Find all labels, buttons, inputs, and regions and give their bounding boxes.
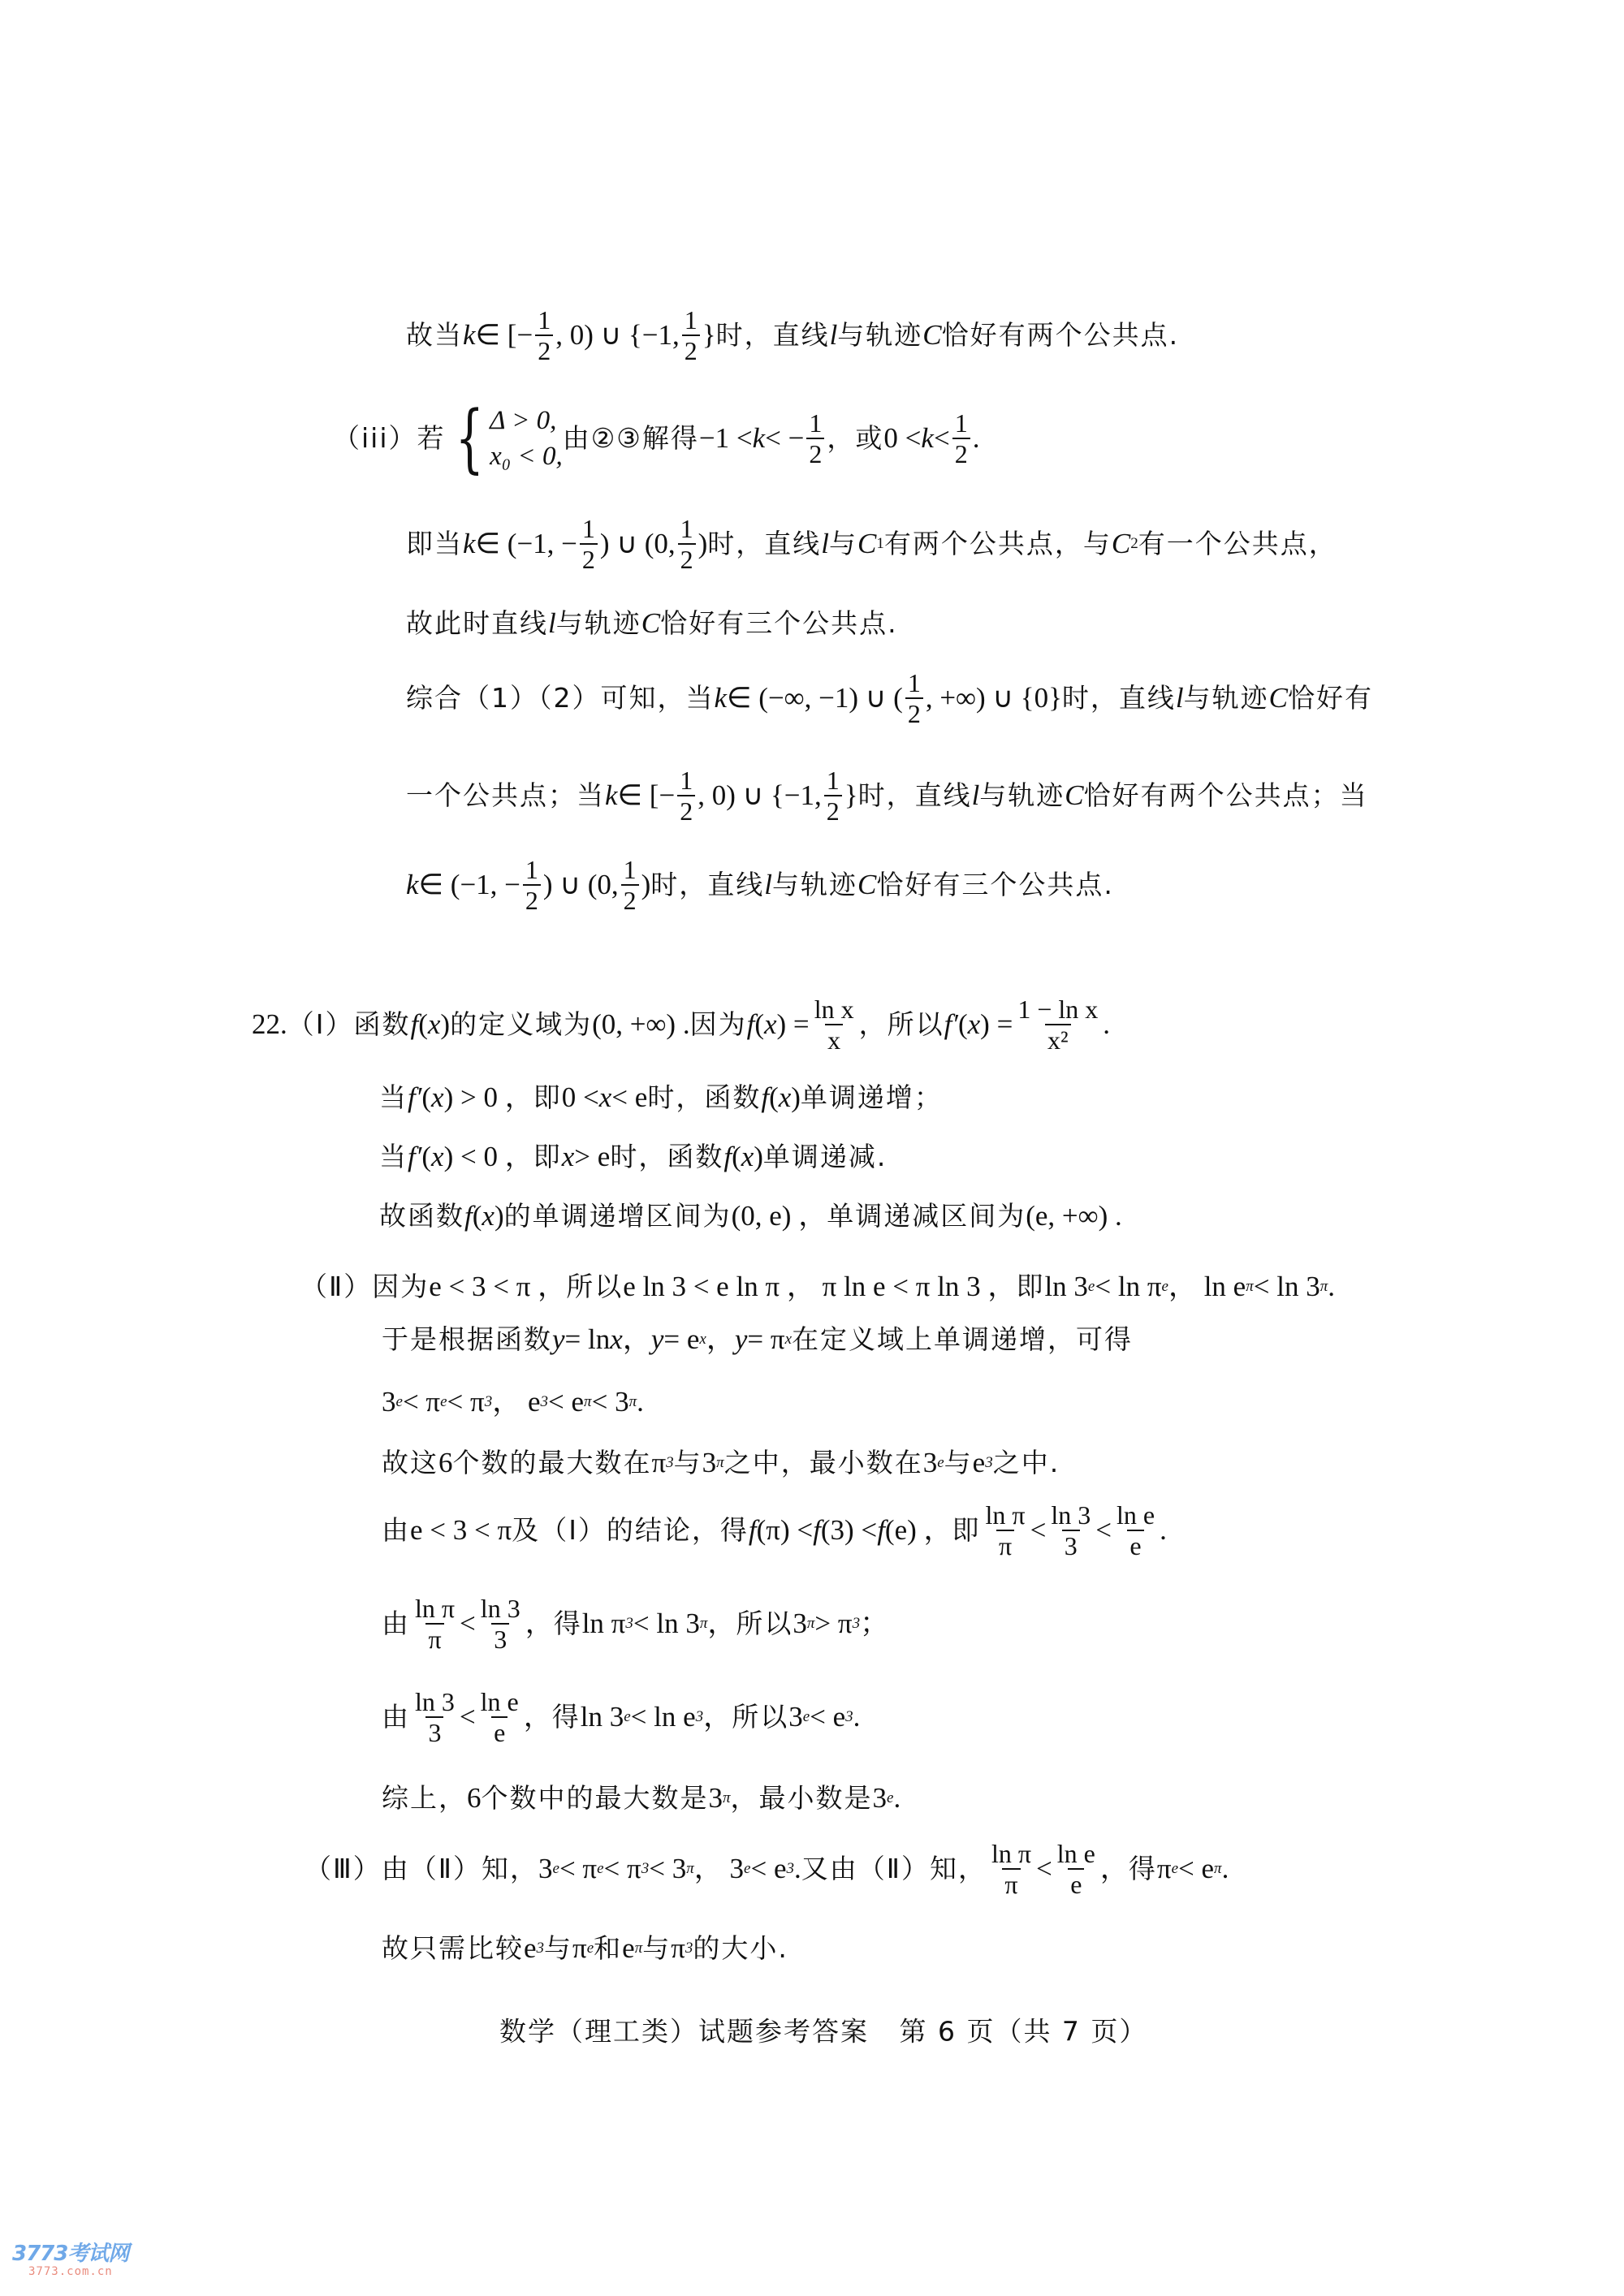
math-run: < ln e <box>631 1701 696 1733</box>
text-run: 故此时直线 <box>406 607 548 640</box>
math-run: e <box>524 1932 537 1965</box>
math-run: , +∞) ∪ {0} <box>926 682 1062 714</box>
math-run: < <box>1036 1853 1052 1885</box>
text-run: 及（Ⅰ）的结论，得 <box>512 1514 749 1547</box>
math-variable: f <box>761 1081 769 1114</box>
math-run: ) ∪ (0, <box>543 869 619 901</box>
fraction: 12 <box>824 766 842 826</box>
fraction-numerator: 1 <box>535 305 553 334</box>
math-variable: k <box>715 682 728 714</box>
fraction-numerator: ln 3 <box>412 1687 457 1716</box>
math-variable: C <box>1112 528 1130 560</box>
fraction-numerator: 1 <box>678 514 696 543</box>
math-variable: C <box>857 528 876 560</box>
fraction: 12 <box>677 766 695 826</box>
fraction: ln ππ <box>989 1839 1034 1899</box>
math-run: . <box>893 1782 901 1815</box>
math-variable: f <box>749 1514 757 1547</box>
math-variable: f′ <box>408 1141 421 1173</box>
fraction-numerator: ln 3 <box>1048 1500 1093 1530</box>
text-run: 即 <box>952 1514 981 1547</box>
math-run: ， <box>707 1608 736 1640</box>
fraction-denominator: 2 <box>905 697 923 728</box>
text-run: ，或 <box>827 422 883 455</box>
fraction-denominator: x² <box>1045 1024 1071 1055</box>
fraction-numerator: ln π <box>412 1594 457 1623</box>
math-variable: x <box>428 1008 441 1041</box>
math-run: ) = <box>980 1008 1013 1041</box>
math-variable: x <box>968 1008 981 1041</box>
fraction: ln ππ <box>983 1500 1028 1560</box>
case-rows: Δ > 0,x₀ < 0, <box>490 403 563 474</box>
text-run: 时，直线 <box>716 319 830 352</box>
math-run: < e <box>810 1701 845 1733</box>
math-run: < e <box>750 1853 786 1885</box>
text-run: 故这 <box>382 1447 438 1479</box>
fraction: ln ee <box>1114 1500 1157 1560</box>
math-run: < <box>934 422 950 455</box>
case-row: Δ > 0, <box>490 403 563 438</box>
math-run: < <box>460 1701 476 1733</box>
math-run: ) ∪ (0, <box>600 528 676 560</box>
fraction: 12 <box>678 514 696 574</box>
math-variable: k <box>463 528 476 560</box>
fraction: ln xx <box>812 995 857 1055</box>
fraction-numerator: 1 <box>677 766 695 795</box>
math-run: < π <box>604 1853 641 1885</box>
fraction: ln 33 <box>1048 1500 1093 1560</box>
math-run: e < 3 < π ， <box>429 1271 566 1303</box>
fraction-numerator: 1 <box>824 766 842 795</box>
math-variable: l <box>830 319 838 352</box>
text-run: 在定义域上单调递增，可得 <box>792 1323 1133 1356</box>
math-variable: l <box>821 528 829 560</box>
math-run: . <box>794 1853 801 1885</box>
math-run: ∈ (−∞, −1) ∪ ( <box>727 682 903 714</box>
math-variable: f <box>877 1514 885 1547</box>
text-line: 22.（Ⅰ）函数 f(x) 的定义域为 (0, +∞) . 因为 f(x) = … <box>252 995 1110 1055</box>
fraction: 12 <box>682 305 700 365</box>
math-run: < ln 3 <box>633 1608 700 1640</box>
left-brace-icon: { <box>455 401 483 476</box>
math-run: ， <box>706 1323 735 1356</box>
text-run: 由 <box>382 1514 410 1547</box>
text-line: 综上，6 个数中的最大数是 3π，最小数是 3e . <box>382 1782 901 1815</box>
watermark-brand: 3773考试网 <box>12 2242 150 2265</box>
math-variable: k <box>463 319 476 352</box>
math-run: π <box>572 1932 587 1965</box>
text-run: 时，函数 <box>647 1081 761 1114</box>
math-variable: x <box>431 1081 444 1114</box>
fraction: 12 <box>952 408 970 468</box>
watermark-logo: 3773考试网 3773.com.cn <box>12 2242 150 2278</box>
fraction-denominator: 2 <box>824 795 842 826</box>
math-run: < 3 <box>649 1853 686 1885</box>
math-run: ln 3 <box>1044 1271 1087 1303</box>
math-run: . <box>853 1701 861 1733</box>
math-run: (3) < <box>821 1514 877 1547</box>
fraction-numerator: ln x <box>812 995 857 1024</box>
math-run: ) <box>791 1081 801 1114</box>
text-line: （iii）若{Δ > 0,x₀ < 0, 由②③解得 −1 < k < −12，… <box>333 401 979 476</box>
text-run: 与轨迹 <box>772 869 857 901</box>
text-run: 由②③解得 <box>563 422 699 455</box>
math-run: < − <box>765 422 804 455</box>
text-line: （Ⅱ）因为 e < 3 < π ，所以 e ln 3 < e ln π ， π … <box>300 1271 1335 1303</box>
text-run: 和 <box>594 1932 622 1965</box>
math-variable: k <box>406 869 419 901</box>
fraction-numerator: 1 <box>621 855 639 884</box>
text-run: 单调递减区间为 <box>827 1200 1026 1232</box>
math-run: ) <box>754 1141 763 1173</box>
math-variable: l <box>1176 682 1184 714</box>
math-run: ， <box>703 1701 732 1733</box>
math-variable: x <box>779 1081 792 1114</box>
text-line: 即当 k ∈ (−1, −12) ∪ (0, 12)时，直线 l 与 C1 有两… <box>406 514 1337 574</box>
math-variable: x <box>482 1200 495 1232</box>
math-run: ， ln e <box>1168 1271 1246 1303</box>
fraction: 12 <box>905 668 923 728</box>
math-run: . <box>1103 1008 1110 1041</box>
fraction-denominator: 3 <box>425 1716 443 1747</box>
math-run: ， <box>524 1701 552 1733</box>
math-variable: f <box>747 1008 755 1041</box>
math-run: < ln 3 <box>1254 1271 1320 1303</box>
fraction: ln 33 <box>478 1594 523 1654</box>
math-variable: C <box>641 607 660 640</box>
math-run: ( <box>421 1081 431 1114</box>
math-run: e < 3 < π <box>410 1514 512 1547</box>
math-run: e ln 3 < e ln π ， π ln e < π ln 3 ， <box>623 1271 1016 1303</box>
math-variable: y <box>651 1323 664 1356</box>
text-run: 故当 <box>406 319 463 352</box>
math-variable: l <box>548 607 556 640</box>
math-run: ， <box>1100 1853 1129 1885</box>
math-run: 3 <box>788 1701 803 1733</box>
math-run: (0, +∞) . <box>592 1008 690 1041</box>
fraction-numerator: 1 − ln x <box>1015 995 1100 1024</box>
text-run: 得 <box>1129 1853 1157 1885</box>
math-variable: f′ <box>408 1081 421 1114</box>
fraction: ln ee <box>478 1687 521 1747</box>
math-run: ( <box>754 1008 764 1041</box>
math-variable: C <box>1065 779 1083 812</box>
text-run: ，最小数是 <box>731 1782 873 1815</box>
text-run: 综合（1）（2）可知，当 <box>406 682 715 714</box>
fraction: ln ππ <box>412 1594 457 1654</box>
text-run: 恰好有两个公共点. <box>942 319 1180 352</box>
text-run: 一个公共点；当 <box>406 779 605 812</box>
text-run: 与轨迹 <box>837 319 922 352</box>
fraction: 12 <box>535 305 553 365</box>
math-variable: x <box>431 1141 444 1173</box>
text-run: 与轨迹 <box>1184 682 1269 714</box>
fraction-denominator: 3 <box>1062 1530 1080 1560</box>
fraction-numerator: 1 <box>523 855 541 884</box>
page-footer: 数学（理工类）试题参考答案 第 6 页（共 7 页） <box>499 2011 1147 2049</box>
text-line: 当 f′(x) > 0 ，即 0 < x < e时，函数 f(x) 单调递增； <box>379 1081 943 1114</box>
fraction-numerator: ln e <box>1055 1839 1098 1868</box>
text-run: 恰好有两个公共点；当 <box>1084 779 1368 812</box>
math-variable: f′ <box>944 1008 958 1041</box>
text-line: 3e < πe < π3 ， e3 < eπ < 3π . <box>382 1386 644 1418</box>
text-run: 所以 <box>566 1271 623 1303</box>
text-run: 有一个公共点， <box>1138 528 1337 560</box>
math-run: < π <box>447 1386 485 1418</box>
fraction-denominator: π <box>1002 1868 1020 1899</box>
math-variable: l <box>972 779 980 812</box>
math-run: = ln <box>565 1323 611 1356</box>
math-run: ( <box>421 1141 431 1173</box>
fraction: ln ee <box>1055 1839 1098 1899</box>
math-run: < e <box>1178 1853 1214 1885</box>
fraction-numerator: 1 <box>580 514 598 543</box>
math-run: (π) < <box>757 1514 813 1547</box>
math-run: ， <box>525 1608 554 1640</box>
text-run: 恰好有三个公共点. <box>660 607 898 640</box>
math-run: ( <box>418 1008 428 1041</box>
fraction-denominator: 2 <box>677 795 695 826</box>
text-run: 与轨迹 <box>979 779 1065 812</box>
fraction: 1 − ln xx² <box>1015 995 1100 1055</box>
text-run: 即当 <box>406 528 463 560</box>
math-run: ) <box>440 1008 450 1041</box>
text-run: ，所以 <box>859 1008 944 1041</box>
text-run: 之中. <box>993 1447 1060 1479</box>
text-run: 恰好有三个公共点. <box>876 869 1114 901</box>
text-run: 即 <box>533 1141 562 1173</box>
math-variable: f <box>813 1514 821 1547</box>
math-run: } <box>702 319 716 352</box>
math-variable: k <box>605 779 618 812</box>
math-variable: f <box>464 1200 473 1232</box>
math-variable: x <box>599 1081 612 1114</box>
text-line: 故此时直线 l 与轨迹 C 恰好有三个公共点. <box>406 607 898 640</box>
math-run: ， 3 <box>694 1853 744 1885</box>
math-variable: f <box>410 1008 418 1041</box>
math-run: ∈ (−1, − <box>476 528 577 560</box>
text-run: 与 <box>642 1932 671 1965</box>
math-run: < e <box>611 1081 647 1114</box>
math-run: ) <box>698 528 708 560</box>
fraction-denominator: e <box>1127 1530 1143 1560</box>
text-run: 的单调递增区间为 <box>504 1200 732 1232</box>
case-row: x₀ < 0, <box>490 438 563 474</box>
math-variable: x <box>562 1141 575 1173</box>
text-run: 时，直线 <box>707 528 821 560</box>
math-run: ) > 0 ， <box>444 1081 533 1114</box>
math-run: 3 <box>923 1447 938 1479</box>
math-run: . <box>1222 1853 1229 1885</box>
math-run: (e) ， <box>885 1514 952 1547</box>
fraction: ln 33 <box>412 1687 457 1747</box>
fraction-denominator: 2 <box>621 884 639 915</box>
math-run: ∈ [− <box>476 319 533 352</box>
text-run: 恰好有 <box>1288 682 1373 714</box>
fraction-denominator: e <box>491 1716 508 1747</box>
math-run: ； <box>860 1608 888 1640</box>
text-run: 的大小. <box>693 1932 788 1965</box>
math-run: = e <box>663 1323 699 1356</box>
text-run: 得 <box>552 1701 581 1733</box>
fraction-denominator: 2 <box>952 438 970 468</box>
math-run: , 0) ∪ {−1, <box>555 319 680 352</box>
math-run: < π <box>559 1853 597 1885</box>
text-line: k ∈ (−1, −12) ∪ (0, 12)时，直线 l 与轨迹 C 恰好有三… <box>406 855 1114 915</box>
math-run: 22. <box>252 1008 287 1041</box>
text-line: 故只需比较 e3 与 πe 和 eπ 与 π3 的大小. <box>382 1932 788 1965</box>
text-run: 与 <box>829 528 857 560</box>
math-run: < ln π <box>1095 1271 1161 1303</box>
text-line: 故这 6 个数的最大数在 π3 与 3π 之中，最小数在 3e 与 e3 之中. <box>382 1447 1060 1479</box>
math-run: 3 <box>873 1782 888 1815</box>
math-run: 3 <box>538 1853 553 1885</box>
math-run: . <box>1160 1514 1167 1547</box>
text-run: 于是根据函数 <box>382 1323 552 1356</box>
math-variable: k <box>753 422 766 455</box>
text-run: 综上， <box>382 1782 467 1815</box>
text-run: 与 <box>674 1447 702 1479</box>
text-run: 时，直线 <box>1062 682 1176 714</box>
math-run: ， <box>623 1323 651 1356</box>
fraction-numerator: 1 <box>682 305 700 334</box>
fraction-numerator: 1 <box>952 408 970 438</box>
math-run: ) <box>495 1200 504 1232</box>
math-run: (e, +∞) . <box>1026 1200 1122 1232</box>
math-run: ( <box>732 1141 741 1173</box>
text-run: 故只需比较 <box>382 1932 524 1965</box>
text-run: （Ⅲ）由（Ⅱ）知， <box>304 1853 538 1885</box>
text-run: 与 <box>544 1932 572 1965</box>
text-run: 之中，最小数在 <box>724 1447 923 1479</box>
math-run: ( <box>769 1081 779 1114</box>
text-run: 时，函数 <box>610 1141 723 1173</box>
text-run: 得 <box>554 1608 582 1640</box>
math-run: π <box>671 1932 685 1965</box>
watermark-url: 3773.com.cn <box>28 2265 150 2278</box>
text-run: （Ⅱ）因为 <box>300 1271 429 1303</box>
math-run: < <box>460 1608 476 1640</box>
math-run: . <box>973 422 980 455</box>
fraction: 12 <box>621 855 639 915</box>
math-run: } <box>844 779 858 812</box>
math-run: e <box>622 1932 635 1965</box>
text-run: 时，直线 <box>650 869 764 901</box>
fraction-denominator: e <box>1068 1868 1084 1899</box>
math-run: 0 < <box>562 1081 599 1114</box>
math-variable: y <box>735 1323 748 1356</box>
math-variable: k <box>921 422 934 455</box>
fraction-numerator: ln e <box>1114 1500 1157 1530</box>
math-run: π <box>652 1447 667 1479</box>
fraction-denominator: 2 <box>523 884 541 915</box>
fraction-denominator: 2 <box>535 334 553 365</box>
fraction-denominator: 2 <box>580 543 598 574</box>
text-run: 由 <box>382 1608 410 1640</box>
math-run: , 0) ∪ {−1, <box>698 779 822 812</box>
math-variable: f <box>723 1141 732 1173</box>
text-run: 又由（Ⅱ）知， <box>801 1853 987 1885</box>
math-run: ( <box>473 1200 482 1232</box>
math-variable: C <box>857 869 876 901</box>
fraction-numerator: ln e <box>478 1687 521 1716</box>
fraction-numerator: 1 <box>806 408 824 438</box>
text-run: （Ⅰ）函数 <box>287 1008 411 1041</box>
text-run: 故函数 <box>379 1200 464 1232</box>
math-run: < <box>1030 1514 1047 1547</box>
text-run: 所以 <box>736 1608 793 1640</box>
math-run: = π <box>747 1323 784 1356</box>
text-line: 由ln 33<ln ee ，得 ln 3e < ln e3 ，所以 3e < e… <box>382 1687 860 1747</box>
text-run: 时，直线 <box>858 779 972 812</box>
text-run: 即 <box>533 1081 562 1114</box>
text-run: 的定义域为 <box>450 1008 592 1041</box>
math-run: −1 < <box>699 422 753 455</box>
text-line: 一个公共点；当 k ∈ [−12, 0) ∪ {−1, 12}时，直线 l 与轨… <box>406 766 1368 826</box>
math-run: ， e <box>492 1386 540 1418</box>
math-run: ∈ (−1, − <box>419 869 520 901</box>
text-run: 个数中的最大数是 <box>482 1782 709 1815</box>
math-run: 6 <box>438 1447 453 1479</box>
text-run: 所以 <box>732 1701 788 1733</box>
fraction-denominator: 3 <box>491 1623 509 1654</box>
text-run: 与轨迹 <box>556 607 641 640</box>
math-run: ( <box>958 1008 968 1041</box>
math-run: > e <box>574 1141 610 1173</box>
math-run: . <box>637 1386 644 1418</box>
text-line: 故当 k ∈ [−12, 0) ∪ {−1, 12}时，直线 l 与轨迹 C 恰… <box>406 305 1179 365</box>
math-run: 0 < <box>883 422 921 455</box>
math-variable: x <box>764 1008 777 1041</box>
text-run: 由 <box>382 1701 410 1733</box>
math-run: (0, e) ， <box>732 1200 827 1232</box>
text-line: 综合（1）（2）可知，当 k ∈ (−∞, −1) ∪ (12, +∞) ∪ {… <box>406 668 1373 728</box>
fraction-denominator: π <box>425 1623 443 1654</box>
fraction-numerator: ln π <box>989 1839 1034 1868</box>
math-run: 3 <box>702 1447 717 1479</box>
math-run: ∈ [− <box>618 779 676 812</box>
fraction: 12 <box>523 855 541 915</box>
math-run: 6 <box>467 1782 482 1815</box>
math-run: 3 <box>793 1608 807 1640</box>
text-run: 即 <box>1016 1271 1044 1303</box>
math-run: . <box>1328 1271 1335 1303</box>
text-run: 单调递减. <box>763 1141 888 1173</box>
math-run: e <box>973 1447 986 1479</box>
fraction-numerator: ln 3 <box>478 1594 523 1623</box>
math-variable: x <box>610 1323 623 1356</box>
fraction-denominator: 2 <box>682 334 700 365</box>
text-line: 当 f′(x) < 0 ，即 x > e时，函数 f(x) 单调递减. <box>379 1141 887 1173</box>
text-line: 由ln ππ<ln 33 ，得 ln π3 < ln 3π ，所以 3π > π… <box>382 1594 888 1654</box>
text-run: 当 <box>379 1141 408 1173</box>
text-run: 单调递增； <box>801 1081 943 1114</box>
text-line: （Ⅲ）由（Ⅱ）知， 3e < πe < π3 < 3π ， 3e < e3 . … <box>304 1839 1229 1899</box>
math-run: > π <box>814 1608 852 1640</box>
text-line: 于是根据函数 y = ln x ， y = ex ， y = πx 在定义域上单… <box>382 1323 1133 1356</box>
math-run: < 3 <box>592 1386 629 1418</box>
text-run: 有两个公共点，与 <box>884 528 1112 560</box>
math-variable: C <box>922 319 941 352</box>
math-run: ) < 0 ， <box>444 1141 533 1173</box>
fraction: 12 <box>806 408 824 468</box>
math-variable: C <box>1269 682 1288 714</box>
math-run: 3 <box>382 1386 396 1418</box>
text-run: 当 <box>379 1081 408 1114</box>
text-run: 个数的最大数在 <box>453 1447 652 1479</box>
math-variable: y <box>552 1323 565 1356</box>
math-run: ln 3 <box>581 1701 624 1733</box>
